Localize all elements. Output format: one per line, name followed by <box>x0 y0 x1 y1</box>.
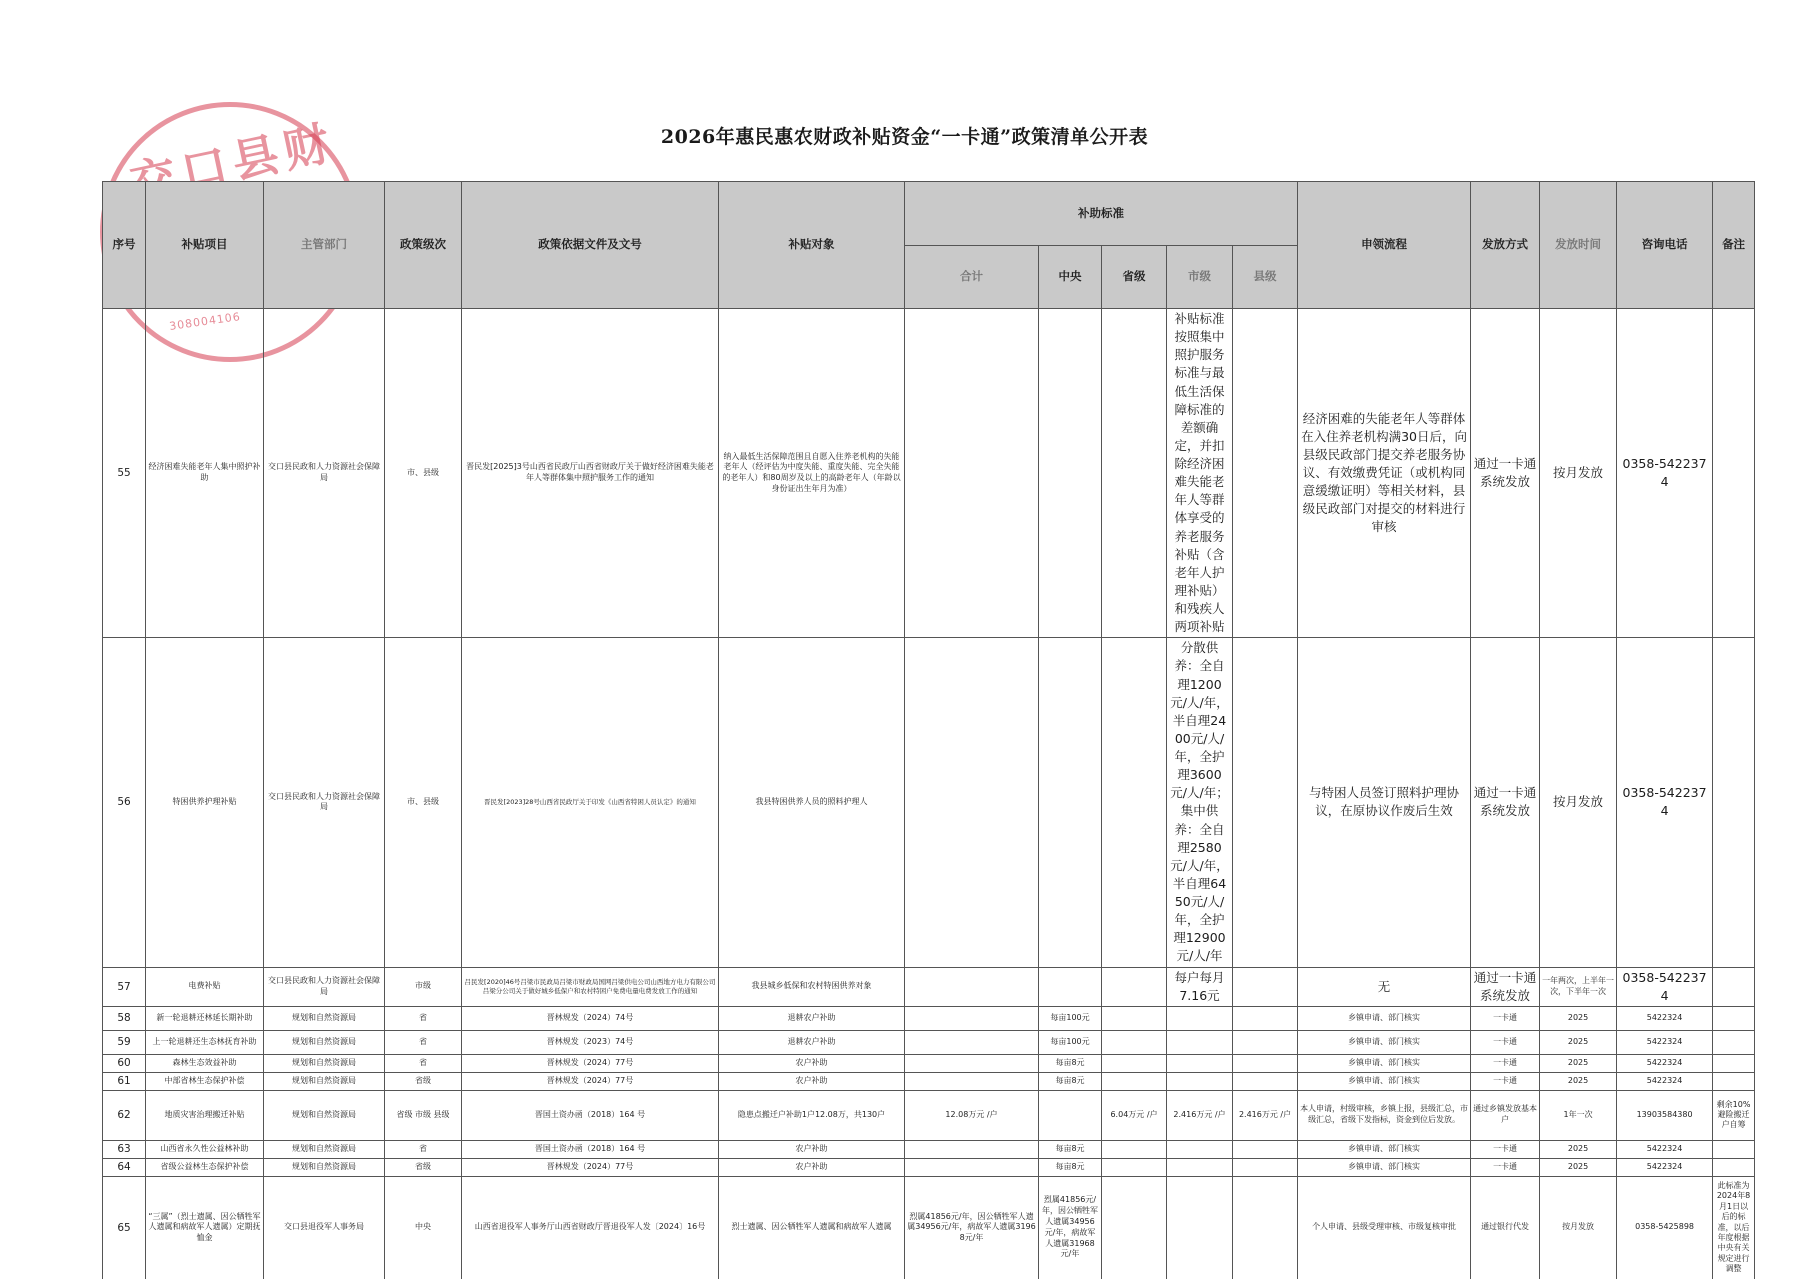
cell-target: 退耕农户补助 <box>719 1030 905 1054</box>
cell-city <box>1167 1054 1233 1072</box>
cell-phone: 5422324 <box>1617 1030 1713 1054</box>
header-province: 省级 <box>1102 246 1167 309</box>
cell-province <box>1102 1054 1167 1072</box>
header-central: 中央 <box>1039 246 1102 309</box>
cell-method: 一卡通 <box>1471 1006 1540 1030</box>
document-title: 2026年惠民惠农财政补贴资金“一卡通”政策清单公开表 <box>0 122 1809 149</box>
cell-central: 每亩8元 <box>1039 1054 1102 1072</box>
cell-time: 一年两次，上半年一次，下半年一次 <box>1540 967 1617 1006</box>
cell-basis: 晋林规发（2024）77号 <box>462 1158 719 1176</box>
cell-time: 2025 <box>1540 1158 1617 1176</box>
cell-seq: 60 <box>103 1054 146 1072</box>
cell-province: 6.04万元 /户 <box>1102 1090 1167 1140</box>
cell-seq: 59 <box>103 1030 146 1054</box>
cell-phone: 0358-5425898 <box>1617 1176 1713 1279</box>
cell-process: 个人申请、县级受理审核、市级复核审批 <box>1298 1176 1471 1279</box>
cell-method: 通过一卡通系统发放 <box>1471 309 1540 638</box>
cell-phone: 0358-5422374 <box>1617 638 1713 967</box>
cell-process: 乡镇申请、部门核实 <box>1298 1072 1471 1090</box>
cell-level: 省 <box>385 1140 462 1158</box>
cell-level: 省级 市级 县级 <box>385 1090 462 1140</box>
cell-remark: 剩余10%避险搬迁户自筹 <box>1713 1090 1755 1140</box>
cell-remark <box>1713 1158 1755 1176</box>
cell-seq: 62 <box>103 1090 146 1140</box>
table-row: 57电费补贴交口县民政和人力资源社会保障局市级吕民发[2020]46号吕梁市民政… <box>103 967 1755 1006</box>
cell-central: 每亩8元 <box>1039 1072 1102 1090</box>
cell-level: 市、县级 <box>385 638 462 967</box>
cell-total: 12.08万元 /户 <box>905 1090 1039 1140</box>
cell-central <box>1039 309 1102 638</box>
cell-total <box>905 1072 1039 1090</box>
cell-target: 农户补助 <box>719 1054 905 1072</box>
cell-method: 一卡通 <box>1471 1140 1540 1158</box>
cell-county <box>1233 1158 1298 1176</box>
cell-province <box>1102 1140 1167 1158</box>
cell-target: 我县特困供养人员的照料护理人 <box>719 638 905 967</box>
cell-time: 2025 <box>1540 1006 1617 1030</box>
cell-level: 市、县级 <box>385 309 462 638</box>
cell-seq: 65 <box>103 1176 146 1279</box>
cell-basis: 晋林规发（2024）74号 <box>462 1006 719 1030</box>
cell-city <box>1167 1006 1233 1030</box>
cell-time: 按月发放 <box>1540 1176 1617 1279</box>
cell-method: 一卡通 <box>1471 1030 1540 1054</box>
cell-city: 分散供养：全自理1200元/人/年，半自理2400元/人/年，全护理3600元/… <box>1167 638 1233 967</box>
cell-dept: 规划和自然资源局 <box>264 1054 385 1072</box>
cell-target: 烈士遗属、因公牺牲军人遗属和病故军人遗属 <box>719 1176 905 1279</box>
cell-item: “三属”（烈士遗属、因公牺牲军人遗属和病故军人遗属）定期抚恤金 <box>146 1176 264 1279</box>
cell-method: 一卡通 <box>1471 1158 1540 1176</box>
cell-basis: 晋林规发（2023）74号 <box>462 1030 719 1054</box>
cell-process: 本人申请，村级审核，乡镇上报，县级汇总，市级汇总，省级下发指标，资金到位后发放。 <box>1298 1090 1471 1140</box>
cell-phone: 5422324 <box>1617 1006 1713 1030</box>
cell-dept: 规划和自然资源局 <box>264 1072 385 1090</box>
cell-city <box>1167 1140 1233 1158</box>
cell-remark <box>1713 967 1755 1006</box>
cell-method: 通过银行代发 <box>1471 1176 1540 1279</box>
cell-time: 1年一次 <box>1540 1090 1617 1140</box>
cell-process: 乡镇申请、部门核实 <box>1298 1006 1471 1030</box>
cell-city <box>1167 1176 1233 1279</box>
cell-city: 每户每月7.16元 <box>1167 967 1233 1006</box>
header-remark: 备注 <box>1713 182 1755 309</box>
cell-dept: 规划和自然资源局 <box>264 1006 385 1030</box>
cell-central: 每亩100元 <box>1039 1030 1102 1054</box>
cell-phone: 0358-5422374 <box>1617 309 1713 638</box>
cell-county <box>1233 638 1298 967</box>
cell-county <box>1233 1072 1298 1090</box>
cell-item: 上一轮退耕还生态林抚育补助 <box>146 1030 264 1054</box>
table-row: 62地质灾害治理搬迁补贴规划和自然资源局省级 市级 县级晋国土资办函（2018）… <box>103 1090 1755 1140</box>
cell-item: 电费补贴 <box>146 967 264 1006</box>
cell-process: 经济困难的失能老年人等群体在入住养老机构满30日后，向县级民政部门提交养老服务协… <box>1298 309 1471 638</box>
cell-total <box>905 638 1039 967</box>
cell-item: 地质灾害治理搬迁补贴 <box>146 1090 264 1140</box>
cell-county <box>1233 1176 1298 1279</box>
cell-method: 通过一卡通系统发放 <box>1471 967 1540 1006</box>
cell-phone: 5422324 <box>1617 1072 1713 1090</box>
cell-central: 每亩8元 <box>1039 1158 1102 1176</box>
cell-province <box>1102 1030 1167 1054</box>
cell-province <box>1102 1158 1167 1176</box>
cell-city: 2.416万元 /户 <box>1167 1090 1233 1140</box>
cell-remark <box>1713 638 1755 967</box>
cell-phone: 0358-5422374 <box>1617 967 1713 1006</box>
table-row: 56特困供养护理补贴交口县民政和人力资源社会保障局市、县级晋民发[2023]28… <box>103 638 1755 967</box>
table-row: 65“三属”（烈士遗属、因公牺牲军人遗属和病故军人遗属）定期抚恤金交口县退役军人… <box>103 1176 1755 1279</box>
cell-central <box>1039 638 1102 967</box>
cell-basis: 晋民发[2025]3号山西省民政厅山西省财政厅关于做好经济困难失能老年人等群体集… <box>462 309 719 638</box>
cell-phone: 5422324 <box>1617 1054 1713 1072</box>
header-method: 发放方式 <box>1471 182 1540 309</box>
cell-basis: 山西省退役军人事务厅山西省财政厅晋退役军人发〔2024〕16号 <box>462 1176 719 1279</box>
cell-total <box>905 967 1039 1006</box>
policy-table: 序号 补贴项目 主管部门 政策级次 政策依据文件及文号 补贴对象 补助标准 申领… <box>102 181 1755 1279</box>
cell-county <box>1233 1030 1298 1054</box>
cell-county <box>1233 1054 1298 1072</box>
cell-total <box>905 1030 1039 1054</box>
cell-seq: 64 <box>103 1158 146 1176</box>
cell-target: 退耕农户补助 <box>719 1006 905 1030</box>
table-row: 55经济困难失能老年人集中照护补助交口县民政和人力资源社会保障局市、县级晋民发[… <box>103 309 1755 638</box>
cell-process: 无 <box>1298 967 1471 1006</box>
cell-total <box>905 1140 1039 1158</box>
table-row: 64省级公益林生态保护补偿规划和自然资源局省级晋林规发（2024）77号农户补助… <box>103 1158 1755 1176</box>
cell-target: 纳入最低生活保障范围且自愿入住养老机构的失能老年人（经评估为中度失能、重度失能、… <box>719 309 905 638</box>
cell-city <box>1167 1158 1233 1176</box>
cell-remark <box>1713 1054 1755 1072</box>
cell-total: 烈属41856元/年，因公牺牲军人遗属34956元/年，病故军人遗属31968元… <box>905 1176 1039 1279</box>
cell-dept: 规划和自然资源局 <box>264 1030 385 1054</box>
cell-seq: 58 <box>103 1006 146 1030</box>
cell-basis: 晋民发[2023]28号山西省民政厅关于印发《山西省特困人员认定》的通知 <box>462 638 719 967</box>
cell-time: 按月发放 <box>1540 309 1617 638</box>
cell-basis: 晋林规发（2024）77号 <box>462 1054 719 1072</box>
cell-central <box>1039 967 1102 1006</box>
cell-process: 乡镇申请、部门核实 <box>1298 1054 1471 1072</box>
cell-target: 我县城乡低保和农村特困供养对象 <box>719 967 905 1006</box>
cell-level: 市级 <box>385 967 462 1006</box>
cell-item: 经济困难失能老年人集中照护补助 <box>146 309 264 638</box>
cell-remark: 此标准为2024年8月1日以后的标准，以后年度根据中央有关规定进行调整 <box>1713 1176 1755 1279</box>
cell-target: 农户补助 <box>719 1158 905 1176</box>
cell-dept: 规划和自然资源局 <box>264 1158 385 1176</box>
cell-level: 省级 <box>385 1072 462 1090</box>
cell-central: 每亩8元 <box>1039 1140 1102 1158</box>
header-level: 政策级次 <box>385 182 462 309</box>
cell-county <box>1233 967 1298 1006</box>
cell-time: 2025 <box>1540 1072 1617 1090</box>
cell-level: 省 <box>385 1006 462 1030</box>
cell-phone: 5422324 <box>1617 1158 1713 1176</box>
cell-method: 通过乡镇发放基本户 <box>1471 1090 1540 1140</box>
cell-phone: 5422324 <box>1617 1140 1713 1158</box>
header-process: 申领流程 <box>1298 182 1471 309</box>
cell-process: 乡镇申请、部门核实 <box>1298 1158 1471 1176</box>
cell-method: 通过一卡通系统发放 <box>1471 638 1540 967</box>
header-item: 补贴项目 <box>146 182 264 309</box>
cell-time: 按月发放 <box>1540 638 1617 967</box>
cell-dept: 交口县民政和人力资源社会保障局 <box>264 638 385 967</box>
cell-seq: 63 <box>103 1140 146 1158</box>
header-total: 合计 <box>905 246 1039 309</box>
cell-remark <box>1713 309 1755 638</box>
header-target: 补贴对象 <box>719 182 905 309</box>
cell-time: 2025 <box>1540 1030 1617 1054</box>
cell-county <box>1233 1006 1298 1030</box>
cell-phone: 13903584380 <box>1617 1090 1713 1140</box>
cell-target: 隐患点搬迁户补助1户12.08万，共130户 <box>719 1090 905 1140</box>
cell-basis: 吕民发[2020]46号吕梁市民政局吕梁市财政局国网吕梁供电公司山西地方电力有限… <box>462 967 719 1006</box>
cell-level: 省级 <box>385 1158 462 1176</box>
cell-method: 一卡通 <box>1471 1072 1540 1090</box>
cell-province <box>1102 1006 1167 1030</box>
cell-city: 补贴标准按照集中照护服务标准与最低生活保障标准的差额确定，并扣除经济困难失能老年… <box>1167 309 1233 638</box>
cell-item: 特困供养护理补贴 <box>146 638 264 967</box>
cell-seq: 61 <box>103 1072 146 1090</box>
cell-time: 2025 <box>1540 1054 1617 1072</box>
cell-central: 烈属41856元/年，因公牺牲军人遗属34956元/年，病故军人遗属31968元… <box>1039 1176 1102 1279</box>
cell-item: 中部省林生态保护补偿 <box>146 1072 264 1090</box>
cell-time: 2025 <box>1540 1140 1617 1158</box>
header-standard: 补助标准 <box>905 182 1298 246</box>
cell-central: 每亩100元 <box>1039 1006 1102 1030</box>
header-seq: 序号 <box>103 182 146 309</box>
cell-dept: 交口县民政和人力资源社会保障局 <box>264 967 385 1006</box>
cell-province <box>1102 309 1167 638</box>
cell-process: 乡镇申请、部门核实 <box>1298 1140 1471 1158</box>
cell-item: 省级公益林生态保护补偿 <box>146 1158 264 1176</box>
table-row: 58新一轮退耕还林延长期补助规划和自然资源局省晋林规发（2024）74号退耕农户… <box>103 1006 1755 1030</box>
cell-county <box>1233 309 1298 638</box>
cell-process: 与特困人员签订照料护理协议，在原协议作废后生效 <box>1298 638 1471 967</box>
cell-dept: 规划和自然资源局 <box>264 1090 385 1140</box>
cell-item: 森林生态效益补助 <box>146 1054 264 1072</box>
cell-target: 农户补助 <box>719 1072 905 1090</box>
cell-remark <box>1713 1072 1755 1090</box>
cell-process: 乡镇申请、部门核实 <box>1298 1030 1471 1054</box>
cell-basis: 晋国土资办函（2018）164 号 <box>462 1140 719 1158</box>
cell-city <box>1167 1072 1233 1090</box>
cell-remark <box>1713 1140 1755 1158</box>
cell-remark <box>1713 1006 1755 1030</box>
cell-seq: 56 <box>103 638 146 967</box>
header-time: 发放时间 <box>1540 182 1617 309</box>
cell-seq: 55 <box>103 309 146 638</box>
cell-level: 省 <box>385 1030 462 1054</box>
header-phone: 咨询电话 <box>1617 182 1713 309</box>
header-county: 县级 <box>1233 246 1298 309</box>
cell-item: 山西省永久性公益林补助 <box>146 1140 264 1158</box>
cell-total <box>905 1158 1039 1176</box>
table-row: 63山西省永久性公益林补助规划和自然资源局省晋国土资办函（2018）164 号农… <box>103 1140 1755 1158</box>
cell-target: 农户补助 <box>719 1140 905 1158</box>
cell-method: 一卡通 <box>1471 1054 1540 1072</box>
cell-province <box>1102 1072 1167 1090</box>
cell-dept: 交口县民政和人力资源社会保障局 <box>264 309 385 638</box>
table-row: 60森林生态效益补助规划和自然资源局省晋林规发（2024）77号农户补助每亩8元… <box>103 1054 1755 1072</box>
table-row: 61中部省林生态保护补偿规划和自然资源局省级晋林规发（2024）77号农户补助每… <box>103 1072 1755 1090</box>
cell-county <box>1233 1140 1298 1158</box>
cell-basis: 晋国土资办函（2018）164 号 <box>462 1090 719 1140</box>
header-dept: 主管部门 <box>264 182 385 309</box>
cell-total <box>905 1054 1039 1072</box>
cell-remark <box>1713 1030 1755 1054</box>
cell-total <box>905 1006 1039 1030</box>
cell-county: 2.416万元 /户 <box>1233 1090 1298 1140</box>
cell-dept: 规划和自然资源局 <box>264 1140 385 1158</box>
table-row: 59上一轮退耕还生态林抚育补助规划和自然资源局省晋林规发（2023）74号退耕农… <box>103 1030 1755 1054</box>
cell-seq: 57 <box>103 967 146 1006</box>
cell-total <box>905 309 1039 638</box>
cell-level: 中央 <box>385 1176 462 1279</box>
header-city: 市级 <box>1167 246 1233 309</box>
cell-item: 新一轮退耕还林延长期补助 <box>146 1006 264 1030</box>
header-basis: 政策依据文件及文号 <box>462 182 719 309</box>
cell-city <box>1167 1030 1233 1054</box>
cell-dept: 交口县退役军人事务局 <box>264 1176 385 1279</box>
cell-province <box>1102 967 1167 1006</box>
cell-province <box>1102 638 1167 967</box>
cell-province <box>1102 1176 1167 1279</box>
cell-central <box>1039 1090 1102 1140</box>
cell-basis: 晋林规发（2024）77号 <box>462 1072 719 1090</box>
cell-level: 省 <box>385 1054 462 1072</box>
